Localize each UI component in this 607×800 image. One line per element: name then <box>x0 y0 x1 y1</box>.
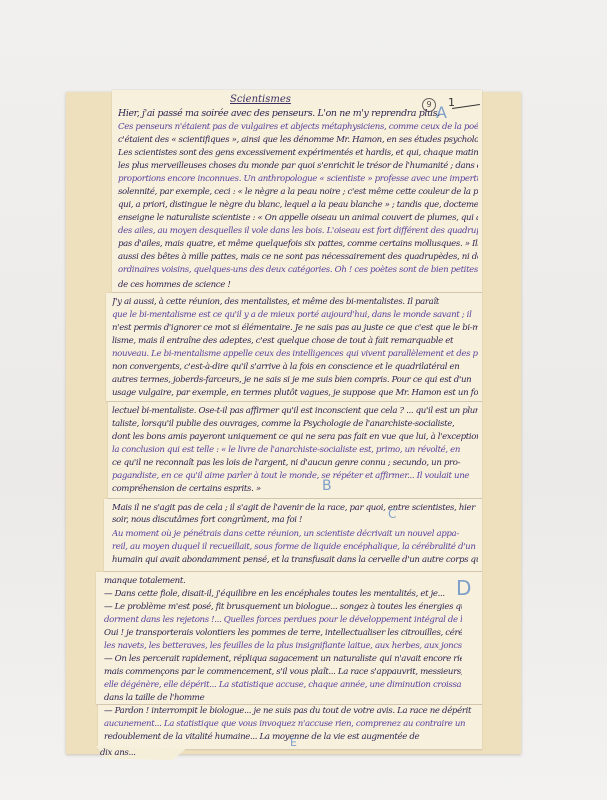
text-line: les plus merveilleuses choses du monde p… <box>118 161 478 172</box>
text-line: elle dégénère, elle dépérit... La statis… <box>104 680 462 691</box>
section-mark-b: B <box>322 478 332 494</box>
text-line: proportions encore inconnues. Un anthrop… <box>118 174 478 185</box>
text-line: usage vulgaire, par exemple, en termes p… <box>112 388 478 399</box>
text-line: Mais il ne s'agit pas de cela ; il s'agi… <box>112 503 478 514</box>
document-title: Scientismes <box>230 94 291 105</box>
strip-c-text: lectuel bi-mentaliste. Ose-t-il pas affi… <box>112 406 478 498</box>
text-line: aucunement... La statistique que vous in… <box>104 719 478 730</box>
text-line: — Dans cette fiole, disait-il, j'équilib… <box>104 589 462 600</box>
text-line: — On les percerait rapidement, répliqua … <box>104 654 462 665</box>
text-line: dont les bons amis payeront uniquement c… <box>112 432 478 443</box>
text-line: Les scientistes sont des gens excessivem… <box>118 148 478 159</box>
text-line: reil, au moyen duquel il recueillait, so… <box>112 542 478 553</box>
text-line: ce qu'il ne reconnaît pas les lois de l'… <box>112 458 478 469</box>
text-line: taliste, lorsqu'il publie des ouvrages, … <box>112 419 478 430</box>
text-line: ordinaires voisins, quelques-uns des deu… <box>118 265 478 276</box>
text-line: qui, a priori, distingue le nègre du bla… <box>118 200 478 211</box>
text-line: aussi des bêtes à mille pattes, mais ce … <box>118 252 478 263</box>
text-line: c'étaient des « scientifiques », ainsi q… <box>118 135 478 146</box>
text-line: la conclusion qui est telle : « le livre… <box>112 445 478 456</box>
strip-d-text: manque totalement. — Dans cette fiole, d… <box>104 576 462 704</box>
text-line: de ces hommes de science ! <box>118 280 478 291</box>
strip-c2-text: Mais il ne s'agit pas de cela ; il s'agi… <box>112 503 478 571</box>
text-line: que le bi-mentalisme est ce qu'il y a de… <box>112 310 478 321</box>
text-line: des ailes, au moyen desquelles il vole d… <box>118 226 478 237</box>
text-line: autres termes, joberds-farceurs, je ne s… <box>112 375 478 386</box>
text-line: enseigne le naturaliste scientiste : « O… <box>118 213 478 224</box>
text-line: humain qui avait abondamment pensé, et l… <box>112 555 478 566</box>
strip-a-text: Hier, j'ai passé ma soirée avec des pens… <box>118 108 478 292</box>
text-line: nouveau. Le bi-mentalisme appelle ceux d… <box>112 349 478 360</box>
text-line: Oui ! je transporterais volontiers les p… <box>104 628 462 639</box>
text-line: J'y ai aussi, à cette réunion, des menta… <box>112 297 478 308</box>
text-line: manque totalement. <box>104 576 462 587</box>
text-line: n'est permis d'ignorer ce mot si élément… <box>112 323 478 334</box>
text-line: solennité, par exemple, ceci : « le nègr… <box>118 187 478 198</box>
text-line: non convergents, c'est-à-dire qu'il s'ar… <box>112 362 478 373</box>
text-line: lisme, mais il entraîne des adeptes, c'e… <box>112 336 478 347</box>
text-line: dorment dans les rejetons !... Quelles f… <box>104 615 462 626</box>
text-line: — Pardon ! interrompit le biologue... je… <box>104 706 478 717</box>
text-line: Au moment où je pénétrais dans cette réu… <box>112 529 478 540</box>
text-line: — Le problème m'est posé, fit brusquemen… <box>104 602 462 613</box>
text-line: compréhension de certains esprits. » <box>112 484 478 495</box>
section-mark-d: D <box>456 576 471 600</box>
text-line: pagandiste, en ce qu'il aime parler à to… <box>112 471 478 482</box>
text-line: Ces penseurs n'étaient pas de vulgaires … <box>118 122 478 133</box>
text-line: Hier, j'ai passé ma soirée avec des pens… <box>118 108 478 119</box>
text-line: dix ans... <box>100 748 160 759</box>
text-line: soir, nous discutâmes fort congrûment, m… <box>112 515 478 526</box>
section-mark-c: C <box>388 507 396 521</box>
section-mark-e: E <box>290 736 297 749</box>
text-line: pas d'ailes, mais quatre, et même quelqu… <box>118 239 478 250</box>
text-line: les navets, les betteraves, les feuilles… <box>104 641 462 652</box>
text-line: lectuel bi-mentaliste. Ose-t-il pas affi… <box>112 406 478 417</box>
text-line: dans la taille de l'homme <box>104 693 462 704</box>
strip-b-text: J'y ai aussi, à cette réunion, des menta… <box>112 297 478 401</box>
text-line: mais commençons par le commencement, s'i… <box>104 667 462 678</box>
